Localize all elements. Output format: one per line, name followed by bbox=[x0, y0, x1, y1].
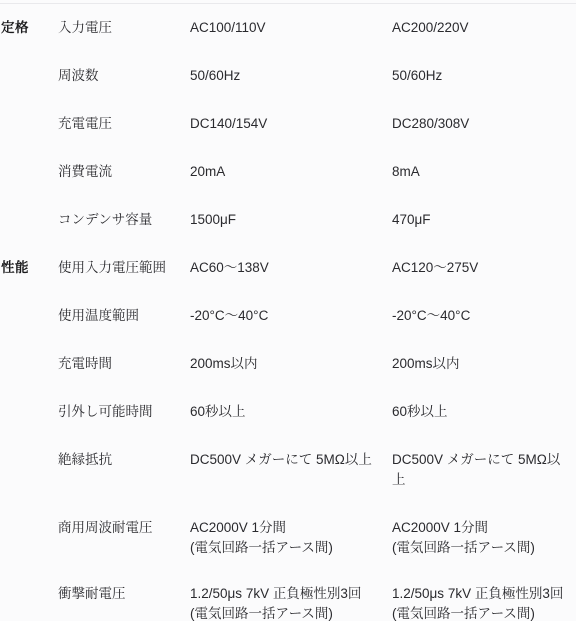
spec-label: コンデンサ容量 bbox=[58, 210, 190, 230]
spec-label: 絶縁抵抗 bbox=[58, 450, 190, 470]
spec-value-model1: DC140/154V bbox=[190, 114, 392, 134]
spec-value-model2: AC200/220V bbox=[392, 18, 576, 38]
spec-value-model2: AC120〜275V bbox=[392, 258, 576, 278]
spec-label: 充電時間 bbox=[58, 354, 190, 374]
spec-label: 消費電流 bbox=[58, 162, 190, 182]
table-row: 衝撃耐電圧 1.2/50μs 7kV 正負極性別3回 (電気回路一括アース間) … bbox=[1, 584, 576, 621]
spec-value-model1: 20mA bbox=[190, 162, 392, 182]
spec-label: 周波数 bbox=[58, 66, 190, 86]
spec-table: 定格 入力電圧 AC100/110V AC200/220V 周波数 50/60H… bbox=[0, 3, 576, 621]
table-row: 消費電流 20mA 8mA bbox=[1, 162, 576, 182]
spec-value-model1: 1500μF bbox=[190, 210, 392, 230]
spec-value-model1: 1.2/50μs 7kV 正負極性別3回 (電気回路一括アース間) bbox=[190, 584, 392, 621]
spec-label: 充電電圧 bbox=[58, 114, 190, 134]
spec-label: 使用温度範囲 bbox=[58, 306, 190, 326]
spec-label: 使用入力電圧範囲 bbox=[58, 258, 190, 278]
table-row: 定格 入力電圧 AC100/110V AC200/220V bbox=[1, 18, 576, 38]
spec-value-model1: 50/60Hz bbox=[190, 66, 392, 86]
spec-value-model2: DC280/308V bbox=[392, 114, 576, 134]
spec-label: 衝撃耐電圧 bbox=[58, 584, 190, 604]
spec-value-model2: AC2000V 1分間 (電気回路一括アース間) bbox=[392, 518, 576, 558]
table-row: 商用周波耐電圧 AC2000V 1分間 (電気回路一括アース間) AC2000V… bbox=[1, 518, 576, 558]
table-row: 絶縁抵抗 DC500V メガーにて 5MΩ以上 DC500V メガーにて 5MΩ… bbox=[1, 450, 576, 490]
spec-label: 引外し可能時間 bbox=[58, 402, 190, 422]
spec-value-model1: -20°C〜40°C bbox=[190, 306, 392, 326]
section-category-label: 性能 bbox=[1, 258, 58, 278]
spec-value-model2: 200ms以内 bbox=[392, 354, 576, 374]
spec-value-model2: 60秒以上 bbox=[392, 402, 576, 422]
table-row: 充電時間 200ms以内 200ms以内 bbox=[1, 354, 576, 374]
spec-value-model2: 50/60Hz bbox=[392, 66, 576, 86]
spec-value-model2: DC500V メガーにて 5MΩ以上 bbox=[392, 450, 576, 490]
table-row: 周波数 50/60Hz 50/60Hz bbox=[1, 66, 576, 86]
table-row: 引外し可能時間 60秒以上 60秒以上 bbox=[1, 402, 576, 422]
spec-value-model2: 470μF bbox=[392, 210, 576, 230]
spec-label: 入力電圧 bbox=[58, 18, 190, 38]
spec-value-model1: DC500V メガーにて 5MΩ以上 bbox=[190, 450, 392, 470]
table-row: 充電電圧 DC140/154V DC280/308V bbox=[1, 114, 576, 134]
spec-value-model1: 200ms以内 bbox=[190, 354, 392, 374]
spec-label: 商用周波耐電圧 bbox=[58, 518, 190, 538]
spec-value-model2: 8mA bbox=[392, 162, 576, 182]
section-category-label: 定格 bbox=[1, 18, 58, 38]
spec-value-model2: 1.2/50μs 7kV 正負極性別3回 (電気回路一括アース間) bbox=[392, 584, 576, 621]
spec-value-model1: AC2000V 1分間 (電気回路一括アース間) bbox=[190, 518, 392, 558]
spec-value-model2: -20°C〜40°C bbox=[392, 306, 576, 326]
table-row: 性能 使用入力電圧範囲 AC60〜138V AC120〜275V bbox=[1, 258, 576, 278]
table-row: コンデンサ容量 1500μF 470μF bbox=[1, 210, 576, 230]
spec-value-model1: AC100/110V bbox=[190, 18, 392, 38]
spec-value-model1: AC60〜138V bbox=[190, 258, 392, 278]
table-row: 使用温度範囲 -20°C〜40°C -20°C〜40°C bbox=[1, 306, 576, 326]
spec-value-model1: 60秒以上 bbox=[190, 402, 392, 422]
